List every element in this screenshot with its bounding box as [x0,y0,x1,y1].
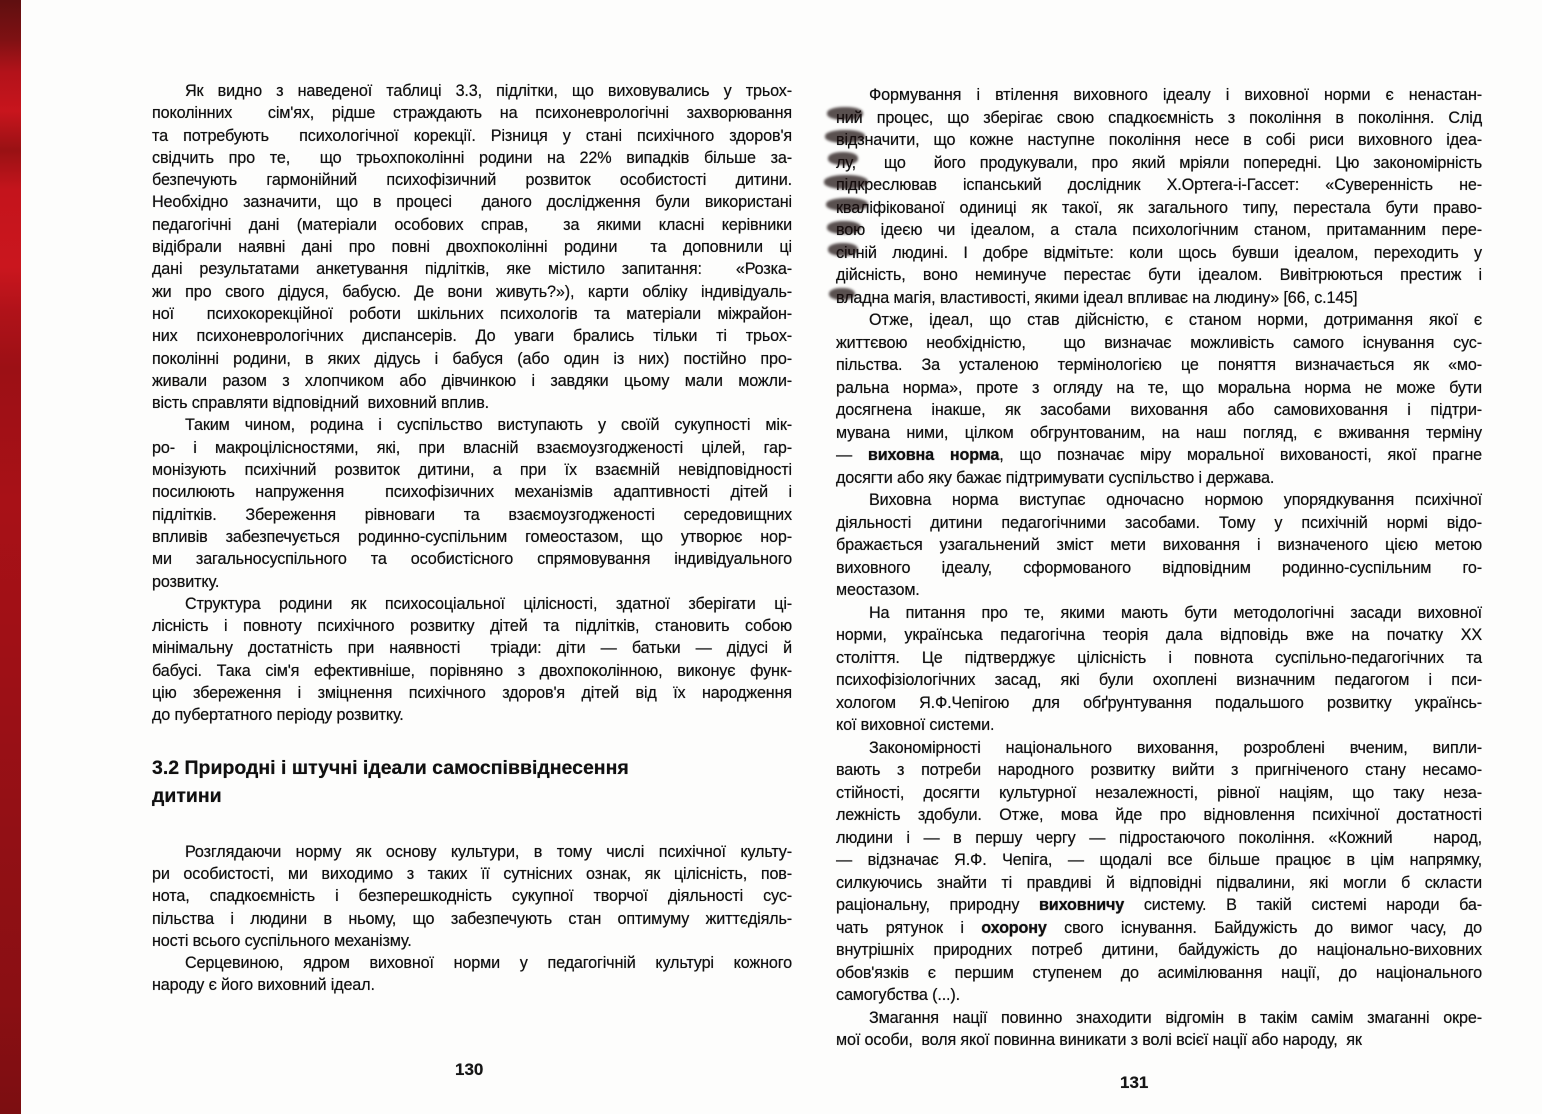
paragraph: Як видно з наведеної таблиці 3.3, підліт… [152,80,792,414]
text-line: життєвою необхідністю, що визначає можли… [836,332,1482,355]
text-line: впливів забезпечується родинно-суспільни… [152,526,792,548]
text-line: мінімальну достатність при наявності трі… [152,637,792,659]
text-line: пільства. За усталеною термінологією це … [836,354,1482,377]
text-line: самогубства (...). [836,984,1482,1007]
book-scan: { "colors":{ "page_background":"#fdfdfc"… [0,0,1542,1114]
text-line: обов'язків є першим ступенем до асимілюв… [836,962,1482,985]
text-line: підкреслював іспанський дослідник Х.Орте… [836,174,1482,197]
text-line: Отже, ідеал, що став дійсністю, є станом… [836,309,1482,332]
text-line: норми, українська педагогічна теорія дал… [836,624,1482,647]
scan-smudge [829,288,855,300]
text-line: ральна норма», проте з огляду на те, що … [836,377,1482,400]
text-line: них психоневрологічних диспансерів. До у… [152,325,792,347]
text-line: розвитку. [152,571,792,593]
text-line: поколінних сім'ях, рідше страждають на п… [152,102,792,124]
text-line: На питання про те, якими мають бути мето… [836,602,1482,625]
text-line: виховного ідеалу, сформованого відповідн… [836,557,1482,580]
text-line: кваліфікованої одиниці як такої, як зага… [836,197,1482,220]
paragraph: Виховна норма виступає одночасно нормою … [836,489,1482,602]
page-number-right: 131 [1120,1073,1148,1093]
paragraph: Отже, ідеал, що став дійсністю, є станом… [836,309,1482,489]
text-line: вою ідеєю чи ідеалом, а стала психологіч… [836,219,1482,242]
text-line: внутрішніх природних потреб дитини, байд… [836,939,1482,962]
text-line: Необхідно зазначити, що в процесі даного… [152,191,792,213]
text-line: психофізіологічних засад, які були охопл… [836,669,1482,692]
paragraph: Серцевиною, ядром виховної норми у педаг… [152,952,792,997]
text-line: ності всього суспільного механізму. [152,930,792,952]
text-line: цію збереження і зміцнення психічного зд… [152,682,792,704]
scan-smudge [828,152,858,165]
text-line: Формування і втілення виховного ідеалу і… [836,84,1482,107]
text-line: кої виховної системи. [836,714,1482,737]
text-line: вість справляти відповідний виховний впл… [152,392,792,414]
text-line: Таким чином, родина і суспільство виступ… [152,414,792,436]
text-line: Змагання нації повинно знаходити відгомі… [836,1007,1482,1030]
text-line: Розглядаючи норму як основу культури, в … [152,841,792,863]
text-line: лісність і повноту психічного розвитку д… [152,615,792,637]
text-line: ної психокорекційної роботи шкільних пси… [152,303,792,325]
text-line: діяльності дитини педагогічними засобами… [836,512,1482,535]
text-line: та потребують психологічної корекції. Рі… [152,125,792,147]
text-line: підлітків. Збереження рівноваги та взаєм… [152,504,792,526]
text-line: лу, що його продукували, про який мріяли… [836,152,1482,175]
text-line: відзначити, що кожне наступне покоління … [836,129,1482,152]
text-line: Як видно з наведеної таблиці 3.3, підліт… [152,80,792,102]
text-line: ний процес, що зберігає свою спадкоємніс… [836,107,1482,130]
text-line: ми загальносуспільного та особистісного … [152,548,792,570]
scan-smudge [827,107,863,120]
paragraph: Формування і втілення виховного ідеалу і… [836,84,1482,309]
scan-smudge [828,243,858,256]
text-line: стійності, досягти культурної незалежнос… [836,782,1482,805]
text-line: владна магія, властивості, якими ідеал в… [836,287,1482,310]
book-spine-strip [0,0,21,1114]
text-line: ри особистості, ми виходимо з таких її с… [152,863,792,885]
text-line: досягнена інакше, як засобами виховання … [836,399,1482,422]
text-line: мої особи, воля якої повинна виникати з … [836,1029,1482,1052]
text-line: 3.2 Природні і штучні ідеали самоспіввід… [152,754,792,782]
scan-smudge [826,198,868,211]
text-line: дійсність, воно неминуче перестає бути і… [836,264,1482,287]
text-line: нота, спадкоємність і безперешкодність с… [152,885,792,907]
text-line: — відзначає Я.Ф. Чепіга, — щодалі все бі… [836,849,1482,872]
text-line: бражається узагальнений зміст мети вихов… [836,534,1482,557]
text-line: — виховна норма, що позначає міру мораль… [836,444,1482,467]
scan-smudge [824,175,868,189]
text-line: мувана ними, цілком обгрунтованим, на на… [836,422,1482,445]
paragraph: Таким чином, родина і суспільство виступ… [152,414,792,592]
page-number-left: 130 [455,1060,483,1080]
text-line: посилюють напруження психофізичних механ… [152,481,792,503]
text-line: Виховна норма виступає одночасно нормою … [836,489,1482,512]
text-line: людини і — в першу чергу — підростаючого… [836,827,1482,850]
text-line: силкуючись знайти ті правдиві й відповід… [836,872,1482,895]
text-line: живали разом з хлопчиком або дівчинкою і… [152,370,792,392]
paragraph: Закономірності національного виховання, … [836,737,1482,1007]
text-line: свідчить про те, що трьохпоколінні родин… [152,147,792,169]
text-line: монізують психічний розвиток дитини, а п… [152,459,792,481]
text-line: Структура родини як психосоціальної цілі… [152,593,792,615]
paragraph: Змагання нації повинно знаходити відгомі… [836,1007,1482,1052]
left-page: Як видно з наведеної таблиці 3.3, підліт… [152,80,792,997]
paragraph: Структура родини як психосоціальної цілі… [152,593,792,727]
text-line: досягти або яку бажає підтримувати суспі… [836,467,1482,490]
text-line: Серцевиною, ядром виховної норми у педаг… [152,952,792,974]
text-line: народу є його виховний ідеал. [152,974,792,996]
text-line: педагогічні дані (матеріали особових спр… [152,214,792,236]
text-line: лежність здобули. Отже, мова йде про від… [836,804,1482,827]
text-line: чать рятунок і охорону свого існування. … [836,917,1482,940]
text-line: вають з потреби народного розвитку вийти… [836,759,1482,782]
text-line: відібрали наявні дані про повні двохпоко… [152,236,792,258]
text-line: ро- і макроцілісностями, які, при власні… [152,437,792,459]
text-line: безпечують гармонійний психофізичний роз… [152,169,792,191]
text-line: століття. Це підтверджує цілісність і по… [836,647,1482,670]
text-line: січній людині. І добре відмітьте: коли щ… [836,242,1482,265]
text-line: поколінні родини, в яких дідусь і бабуся… [152,348,792,370]
scan-smudge [825,130,865,143]
text-line: Закономірності національного виховання, … [836,737,1482,760]
text-line: пільства і людини в ньому, що забезпечую… [152,908,792,930]
text-line: бабусі. Така сім'я ефективніше, порівнян… [152,660,792,682]
text-line: раціональну, природну виховничу систему.… [836,894,1482,917]
scan-smudge [827,221,861,234]
text-line: меостазом. [836,579,1482,602]
text-line: дані результатами анкетування підлітків,… [152,258,792,280]
section-heading: 3.2 Природні і штучні ідеали самоспіввід… [152,754,792,810]
text-line: до пубертатного періоду розвитку. [152,704,792,726]
text-line: дитини [152,782,792,810]
paragraph: Розглядаючи норму як основу культури, в … [152,841,792,952]
text-line: жи про свого дідуся, бабусю. Де вони жив… [152,281,792,303]
paragraph: На питання про те, якими мають бути мето… [836,602,1482,737]
text-line: хологом Я.Ф.Чепігою для обґрунтування по… [836,692,1482,715]
right-page: Формування і втілення виховного ідеалу і… [836,84,1482,1052]
